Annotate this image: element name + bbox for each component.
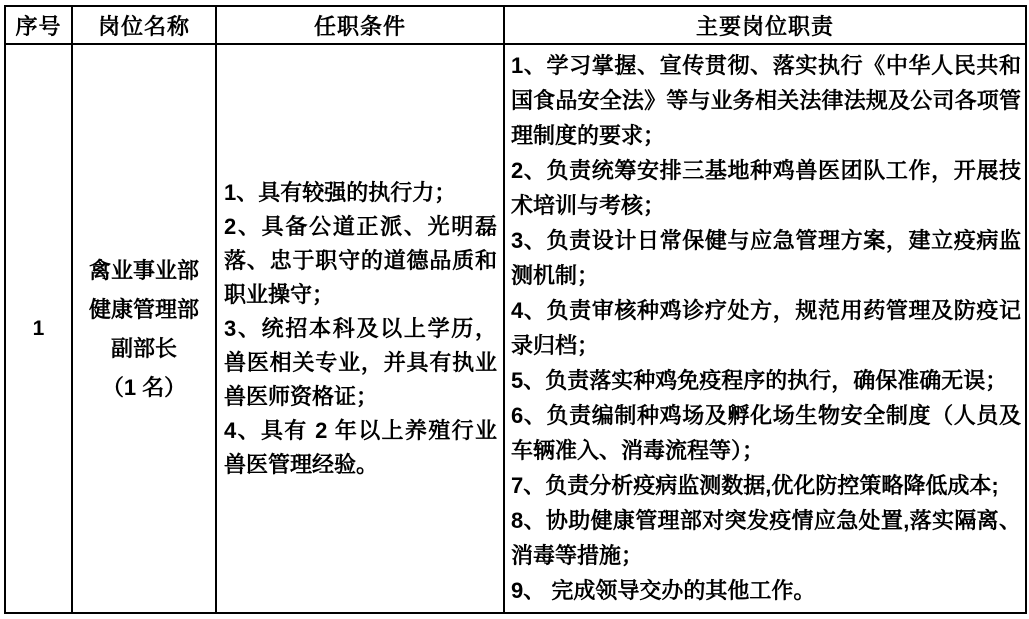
position-name-line: 健康管理部 — [77, 290, 211, 329]
position-name-line: 副部长 — [77, 329, 211, 368]
row-number-cell: 1 — [5, 44, 72, 613]
header-cell-qualifications: 任职条件 — [216, 6, 504, 44]
responsibility-item: 4、负责审核种鸡诊疗处方，规范用药管理及防疫记录归档； — [511, 293, 1021, 363]
header-cell-position-name: 岗位名称 — [72, 6, 216, 44]
responsibility-item: 8、协助健康管理部对突发疫情应急处置,落实隔离、消毒等措施； — [511, 503, 1021, 573]
qualification-item: 3、统招本科及以上学历，兽医相关专业，并具有执业兽医师资格证； — [224, 312, 497, 414]
header-cell-index: 序号 — [5, 6, 72, 44]
position-name-line: （1 名） — [77, 368, 211, 407]
responsibility-item: 1、学习掌握、宣传贯彻、落实执行《中华人民共和国食品安全法》等与业务相关法律法规… — [511, 48, 1021, 153]
position-name-line: 禽业事业部 — [77, 251, 211, 290]
job-positions-table: 序号 岗位名称 任职条件 主要岗位职责 1 禽业事业部健康管理部副部长（1 名）… — [4, 5, 1027, 614]
qualification-item: 1、具有较强的执行力； — [224, 176, 497, 210]
qualification-item: 2、具备公道正派、光明磊落、忠于职守的道德品质和职业操守； — [224, 210, 497, 312]
responsibility-item: 6、负责编制种鸡场及孵化场生物安全制度（人员及车辆准入、消毒流程等）； — [511, 398, 1021, 468]
responsibility-item: 2、负责统筹安排三基地种鸡兽医团队工作，开展技术培训与考核； — [511, 153, 1021, 223]
responsibility-item: 5、负责落实种鸡免疫程序的执行，确保准确无误； — [511, 363, 1021, 398]
document-page: 序号 岗位名称 任职条件 主要岗位职责 1 禽业事业部健康管理部副部长（1 名）… — [0, 0, 1029, 619]
position-name-cell: 禽业事业部健康管理部副部长（1 名） — [72, 44, 216, 613]
qualifications-cell: 1、具有较强的执行力；2、具备公道正派、光明磊落、忠于职守的道德品质和职业操守；… — [216, 44, 504, 613]
header-cell-responsibilities: 主要岗位职责 — [504, 6, 1026, 44]
header-row: 序号 岗位名称 任职条件 主要岗位职责 — [5, 6, 1026, 44]
responsibility-item: 7、负责分析疫病监测数据,优化防控策略降低成本; — [511, 468, 1021, 503]
table-row: 1 禽业事业部健康管理部副部长（1 名） 1、具有较强的执行力；2、具备公道正派… — [5, 44, 1026, 613]
qualification-item: 4、具有 2 年以上养殖行业兽医管理经验。 — [224, 414, 497, 482]
responsibility-item: 3、负责设计日常保健与应急管理方案，建立疫病监测机制； — [511, 223, 1021, 293]
responsibility-item: 9、 完成领导交办的其他工作。 — [511, 573, 1021, 608]
responsibilities-cell: 1、学习掌握、宣传贯彻、落实执行《中华人民共和国食品安全法》等与业务相关法律法规… — [504, 44, 1026, 613]
